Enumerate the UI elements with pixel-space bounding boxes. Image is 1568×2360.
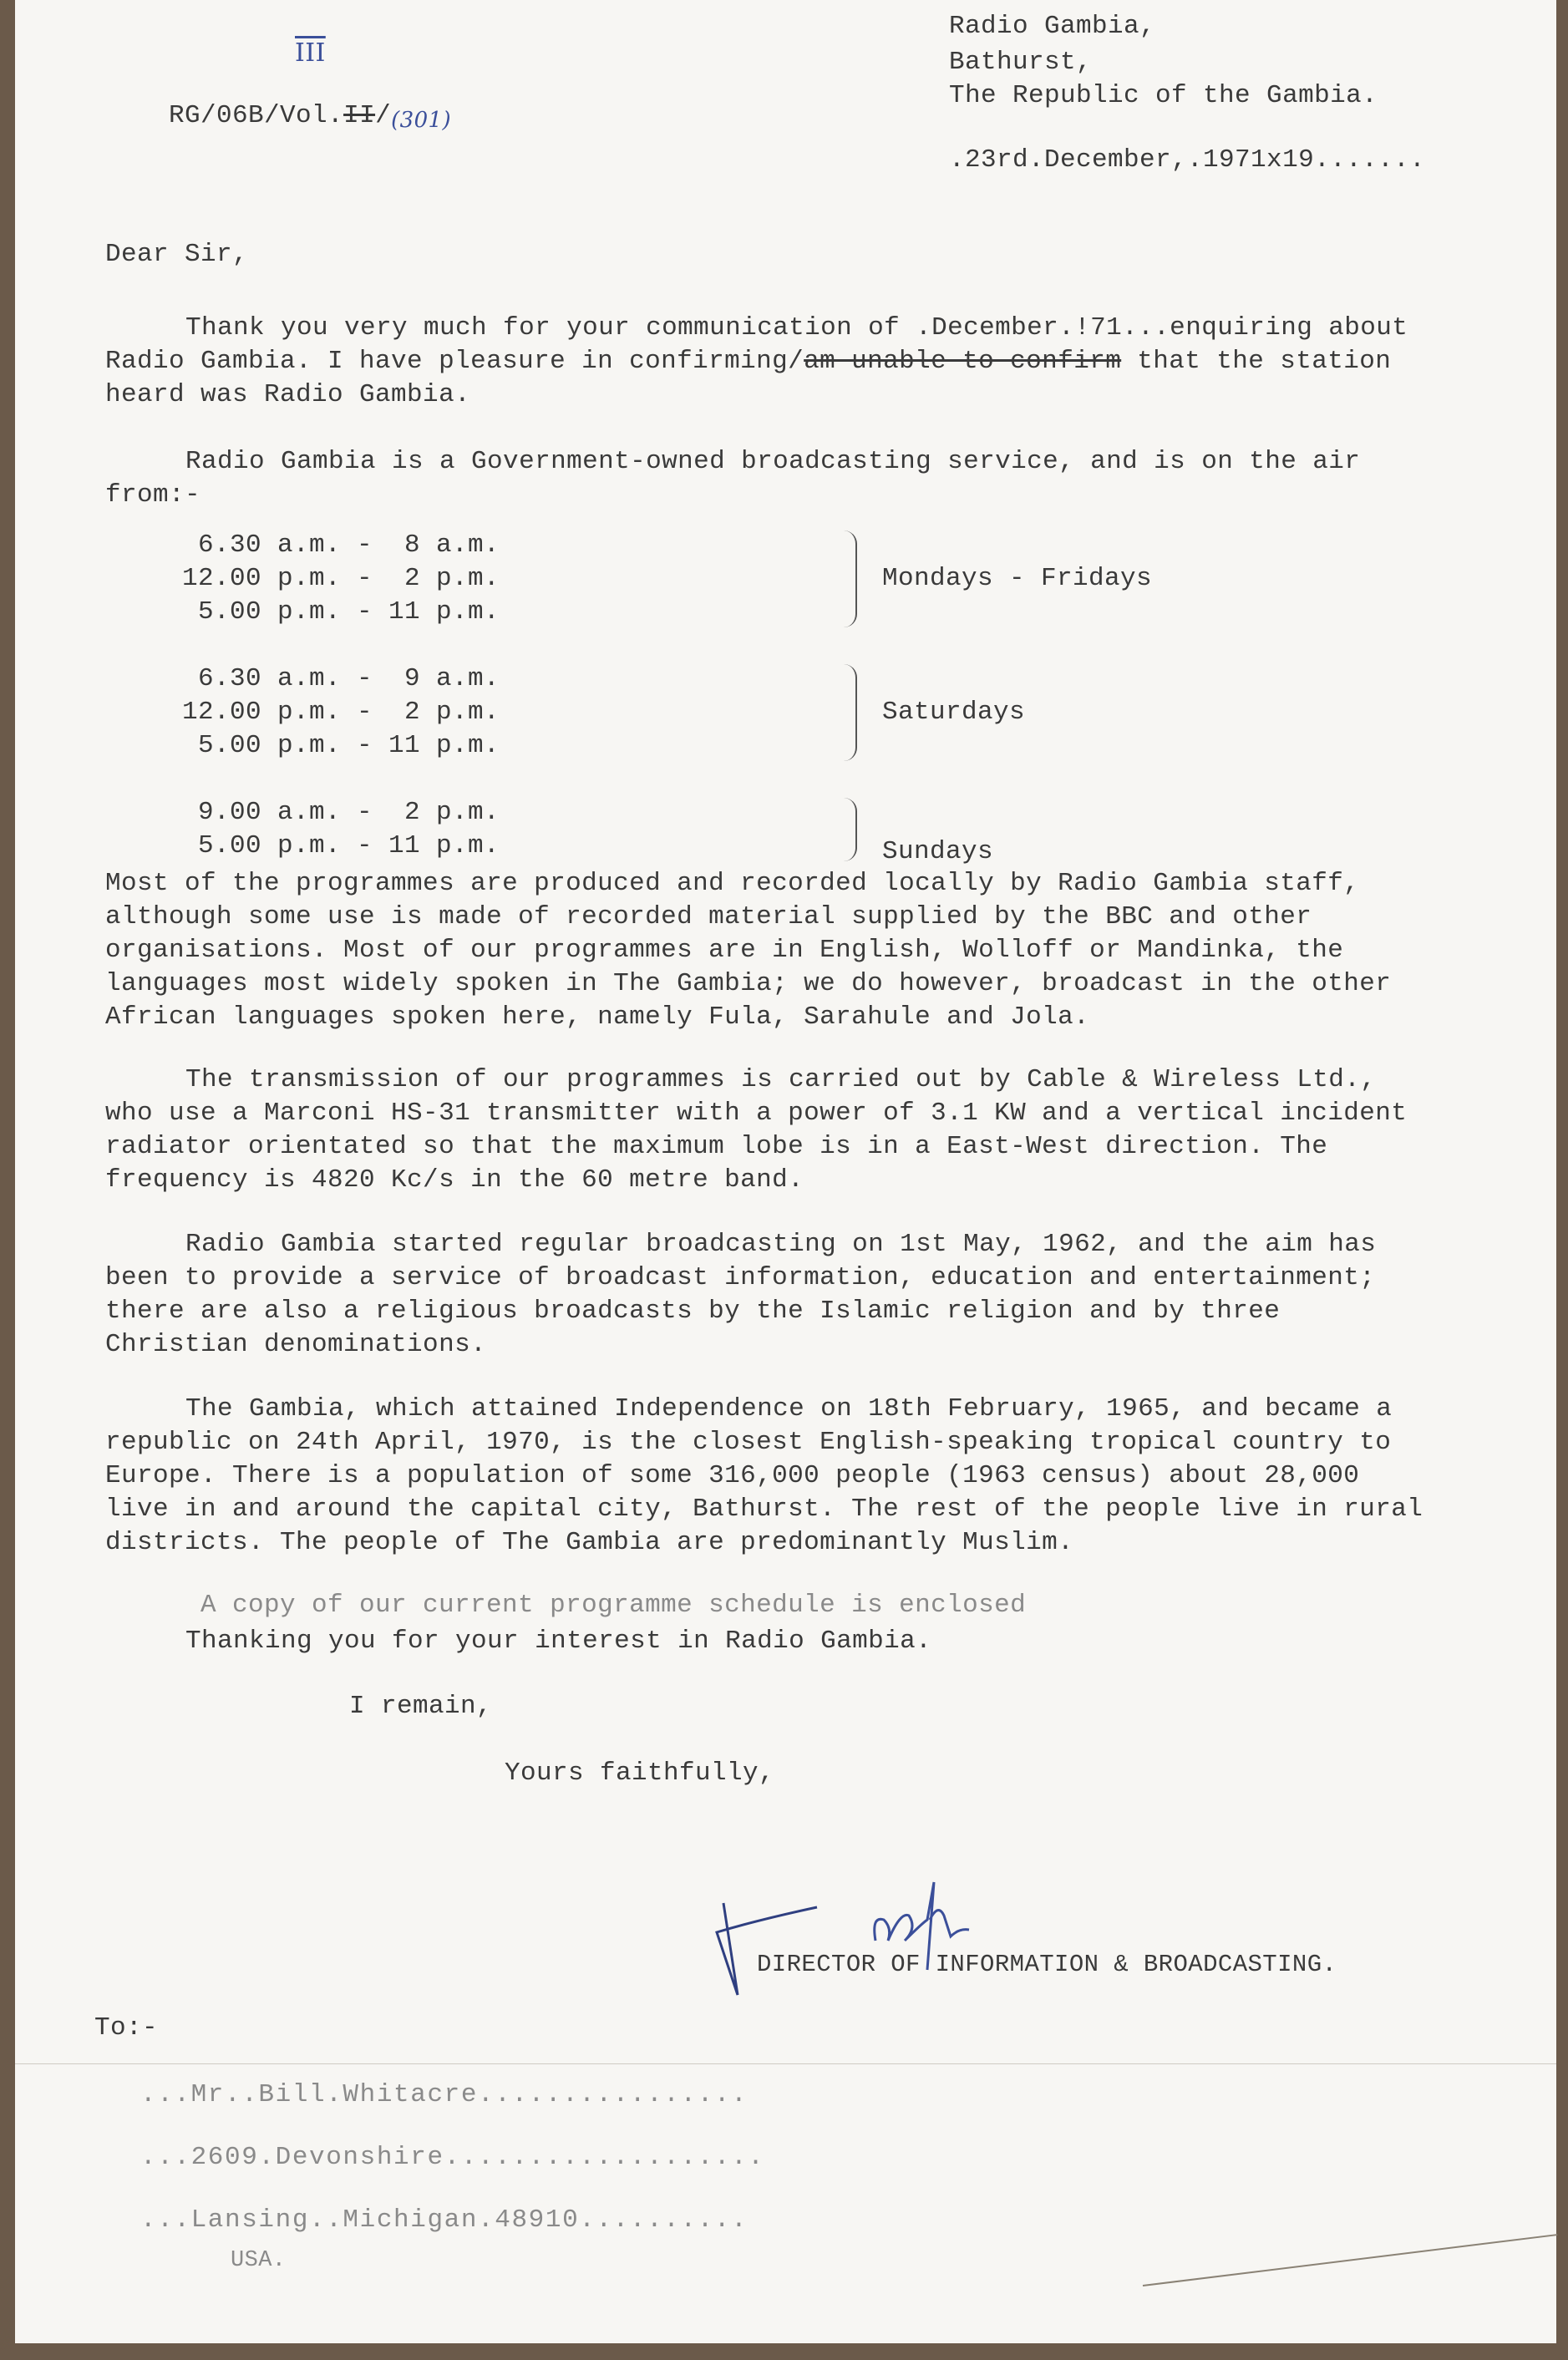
letter-date: .23rd.December,.1971x19....... xyxy=(949,144,1425,177)
recipient-name: ...Mr..Bill.Whitacre................ xyxy=(140,2078,748,2112)
closing-line: Thanking you for your interest in Radio … xyxy=(185,1625,931,1658)
address-line: Bathurst, xyxy=(949,46,1092,79)
schedule-time: 5.00 p.m. - 11 p.m. xyxy=(149,830,500,863)
address-line: Radio Gambia, xyxy=(949,10,1155,43)
handwritten-volume: III xyxy=(295,37,326,70)
recipient-label: To:- xyxy=(94,2012,158,2045)
recipient-street: ...2609.Devonshire................... xyxy=(140,2141,765,2175)
reference-prefix: RG/06B/Vol. xyxy=(169,101,343,130)
recipient-country: USA. xyxy=(231,2244,286,2277)
reference-number: RG/06B/Vol.II/(301) xyxy=(105,65,451,166)
schedule-days: Saturdays xyxy=(882,696,1025,729)
schedule-time: 12.00 p.m. - 2 p.m. xyxy=(149,562,500,596)
handwritten-file-number: (301) xyxy=(391,108,451,133)
schedule-time: 12.00 p.m. - 2 p.m. xyxy=(149,696,500,729)
schedule-time: 6.30 a.m. - 8 a.m. xyxy=(149,529,500,562)
closing-remain: I remain, xyxy=(349,1690,492,1723)
salutation: Dear Sir, xyxy=(105,238,248,272)
schedule-time: 9.00 a.m. - 2 p.m. xyxy=(149,796,500,830)
brace xyxy=(844,798,857,861)
paragraph-about-gambia: The Gambia, which attained Independence … xyxy=(105,1393,1434,1560)
paragraph-history: Radio Gambia started regular broadcastin… xyxy=(105,1228,1434,1362)
schedule-days: Sundays xyxy=(882,835,993,869)
recipient-city: ...Lansing..Michigan.48910.......... xyxy=(140,2204,748,2237)
struck-volume: II xyxy=(343,101,375,130)
paper-edge-crease xyxy=(1143,2234,1558,2286)
schedule-time: 5.00 p.m. - 11 p.m. xyxy=(149,596,500,629)
signatory-title: DIRECTOR OF INFORMATION & BROADCASTING. xyxy=(757,1948,1337,1982)
paragraph-confirmation: Thank you very much for your communicati… xyxy=(105,312,1434,412)
paragraph-programmes: Most of the programmes are produced and … xyxy=(105,867,1434,1034)
brace xyxy=(844,530,857,627)
schedule-days: Mondays - Fridays xyxy=(882,562,1152,596)
letter-page: RG/06B/Vol.II/(301) III Radio Gambia, Ba… xyxy=(15,0,1556,2343)
paragraph-transmission: The transmission of our programmes is ca… xyxy=(105,1063,1434,1197)
fold-line xyxy=(15,2063,1556,2064)
struck-text: am unable to confirm xyxy=(804,347,1121,376)
address-line: The Republic of the Gambia. xyxy=(949,79,1378,113)
paragraph-intro: Radio Gambia is a Government-owned broad… xyxy=(105,445,1434,512)
enclosure-note: A copy of our current programme schedule… xyxy=(200,1589,1026,1622)
closing-sign-off: Yours faithfully, xyxy=(505,1757,774,1790)
schedule-time: 6.30 a.m. - 9 a.m. xyxy=(149,662,500,696)
brace xyxy=(844,664,857,761)
schedule-time: 5.00 p.m. - 11 p.m. xyxy=(149,729,500,763)
